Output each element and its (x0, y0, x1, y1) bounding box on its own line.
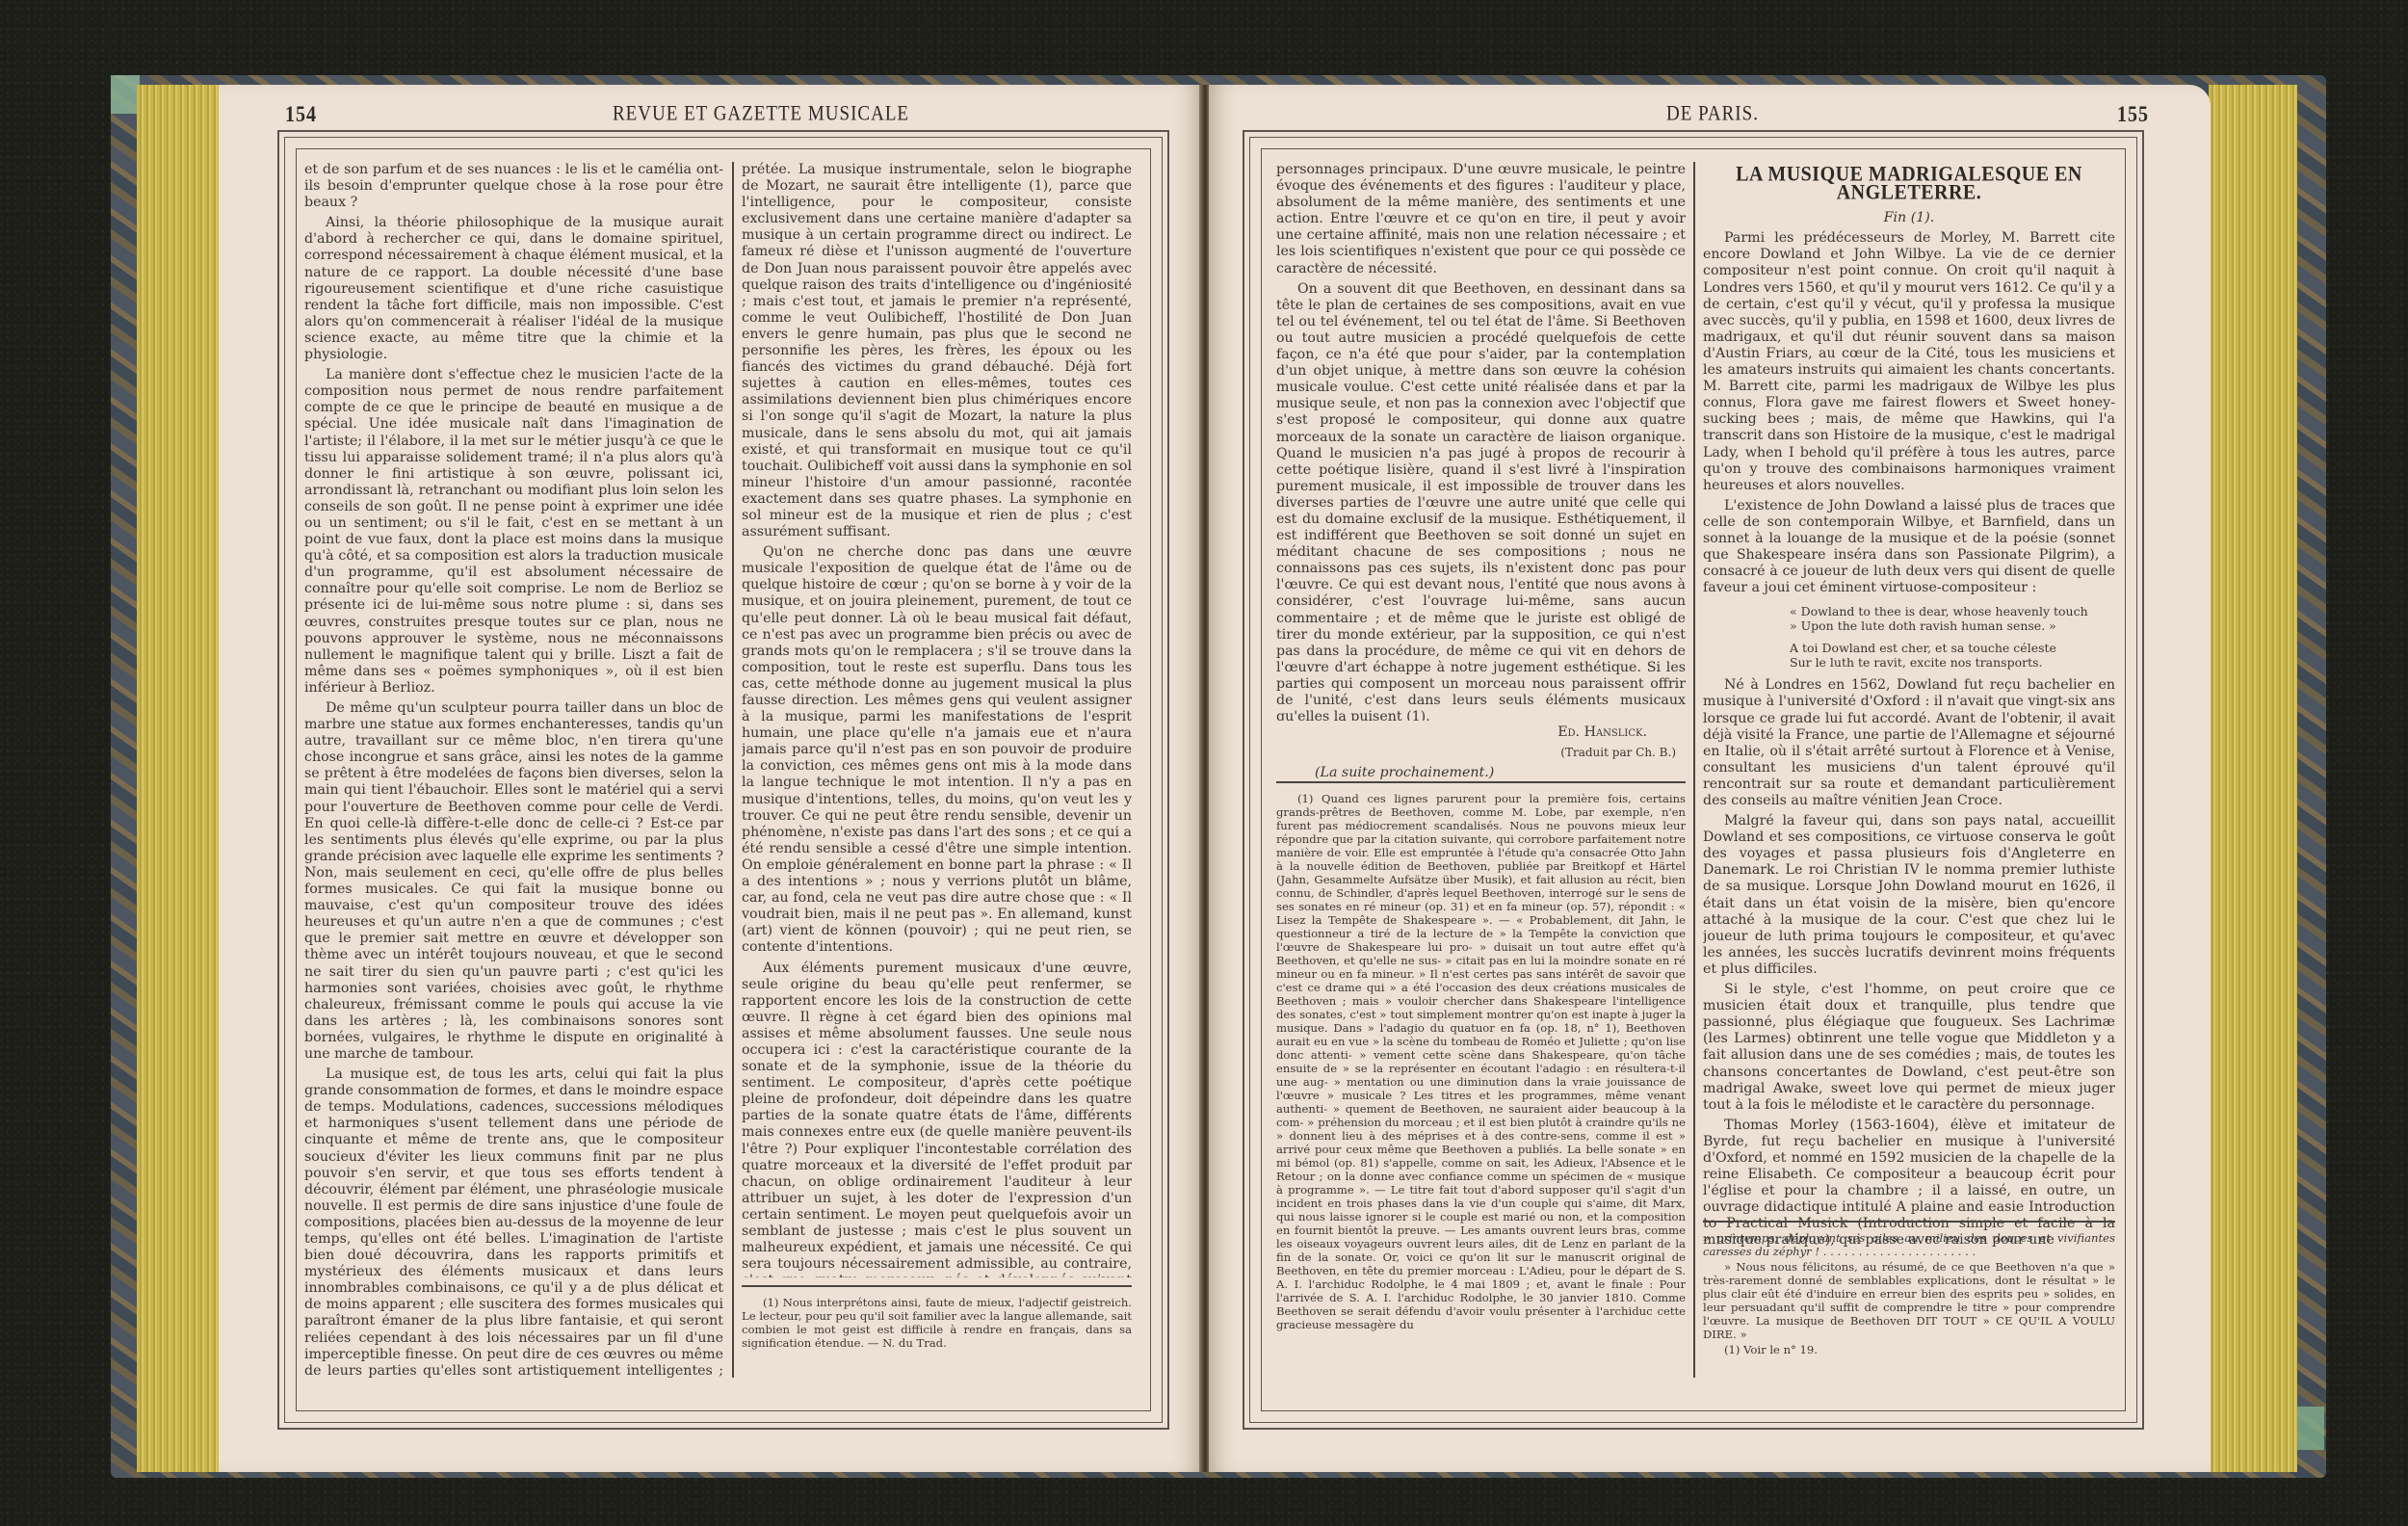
footnote: (1) Quand ces lignes parurent pour la pr… (1276, 792, 1686, 1331)
page-edges-left (137, 85, 219, 1472)
page-number-left: 154 (285, 102, 317, 127)
right-page-column-1: personnages principaux. D'une œuvre musi… (1276, 162, 1686, 721)
verse-line: Sur le luth te ravit, excite nos transpo… (1790, 655, 2115, 670)
english-verse: « Dowland to thee is dear, whose heavenl… (1790, 604, 2115, 633)
paragraph: Malgré la faveur qui, dans son pays nata… (1703, 813, 2115, 978)
paragraph: Né à Londres en 1562, Dowland fut reçu b… (1703, 677, 2115, 809)
paragraph: personnages principaux. D'une œuvre musi… (1276, 162, 1686, 277)
footnote: (1) Voir le n° 19. (1703, 1343, 2115, 1356)
left-page-column-1: et de son parfum et de ses nuances : le … (304, 162, 723, 1380)
column-rule (732, 162, 734, 1378)
page-number-right: 155 (2117, 102, 2149, 127)
to-be-continued: (La suite prochainement.) (1315, 765, 1686, 781)
column-rule (1693, 162, 1695, 1378)
paragraph: Qu'on ne cherche donc pas dans une œuvre… (742, 544, 1132, 956)
verse-line: « Dowland to thee is dear, whose heavenl… (1790, 604, 2115, 618)
verse-line: A toi Dowland est cher, et sa touche cél… (1790, 641, 2115, 655)
french-verse: A toi Dowland est cher, et sa touche cél… (1790, 641, 2115, 670)
footnote: » printemps, déployant ses ailes au mili… (1703, 1231, 2115, 1258)
paragraph: prétée. La musique instrumentale, selon … (742, 162, 1132, 540)
running-head-left: REVUE ET GAZETTE MUSICALE (613, 102, 909, 126)
paragraph: Parmi les prédécesseurs de Morley, M. Ba… (1703, 230, 2115, 494)
translator-credit: (Traduit par Ch. B.) (1276, 745, 1676, 761)
right-page-column-2: LA MUSIQUE MADRIGALESQUE EN ANGLETERRE. … (1703, 162, 2115, 1265)
footnote-rule (742, 1285, 1132, 1287)
paragraph: On a souvent dit que Beethoven, en dessi… (1276, 281, 1686, 721)
right-page-column-1-footnote: (1) Quand ces lignes parurent pour la pr… (1276, 792, 1686, 1380)
running-head-right: DE PARIS. (1666, 102, 1759, 126)
paragraph: et de son parfum et de ses nuances : le … (304, 162, 723, 211)
article-subtitle: Fin (1). (1703, 210, 2115, 226)
paragraph: De même qu'un sculpteur pourra tailler d… (304, 700, 723, 1063)
footnote: » Nous nous félicitons, au résumé, de ce… (1703, 1260, 2115, 1341)
paragraph: Si le style, c'est l'homme, on peut croi… (1703, 982, 2115, 1114)
footnote-rule (1703, 1221, 2115, 1223)
article-title: LA MUSIQUE MADRIGALESQUE EN ANGLETERRE. (1703, 166, 2115, 202)
paragraph: Thomas Morley (1563-1604), élève et imit… (1703, 1118, 2115, 1250)
paragraph: La musique est, de tous les arts, celui … (304, 1066, 723, 1380)
footnote: (1) Nous interprétons ainsi, faute de mi… (742, 1296, 1132, 1350)
footnote-rule (1276, 781, 1686, 783)
left-page-footnote: (1) Nous interprétons ainsi, faute de mi… (742, 1296, 1132, 1373)
paragraph: Ainsi, la théorie philosophique de la mu… (304, 215, 723, 363)
author-signature: Ed. Hanslick. (1276, 724, 1647, 741)
paragraph: Aux éléments purement musicaux d'une œuv… (742, 960, 1132, 1278)
paragraph: La manière dont s'effectue chez le music… (304, 367, 723, 697)
verse-line: » Upon the lute doth ravish human sense.… (1790, 618, 2115, 633)
page-edges-right (2209, 85, 2297, 1472)
left-page-column-2: prétée. La musique instrumentale, selon … (742, 162, 1132, 1277)
right-page-column-2-footnote: » printemps, déployant ses ailes au mili… (1703, 1231, 2115, 1376)
cover-corner (111, 75, 140, 114)
cover-corner (2297, 1407, 2324, 1450)
paragraph: L'existence de John Dowland a laissé plu… (1703, 498, 2115, 597)
signature-block: Ed. Hanslick. (Traduit par Ch. B.) (La s… (1276, 724, 1686, 782)
